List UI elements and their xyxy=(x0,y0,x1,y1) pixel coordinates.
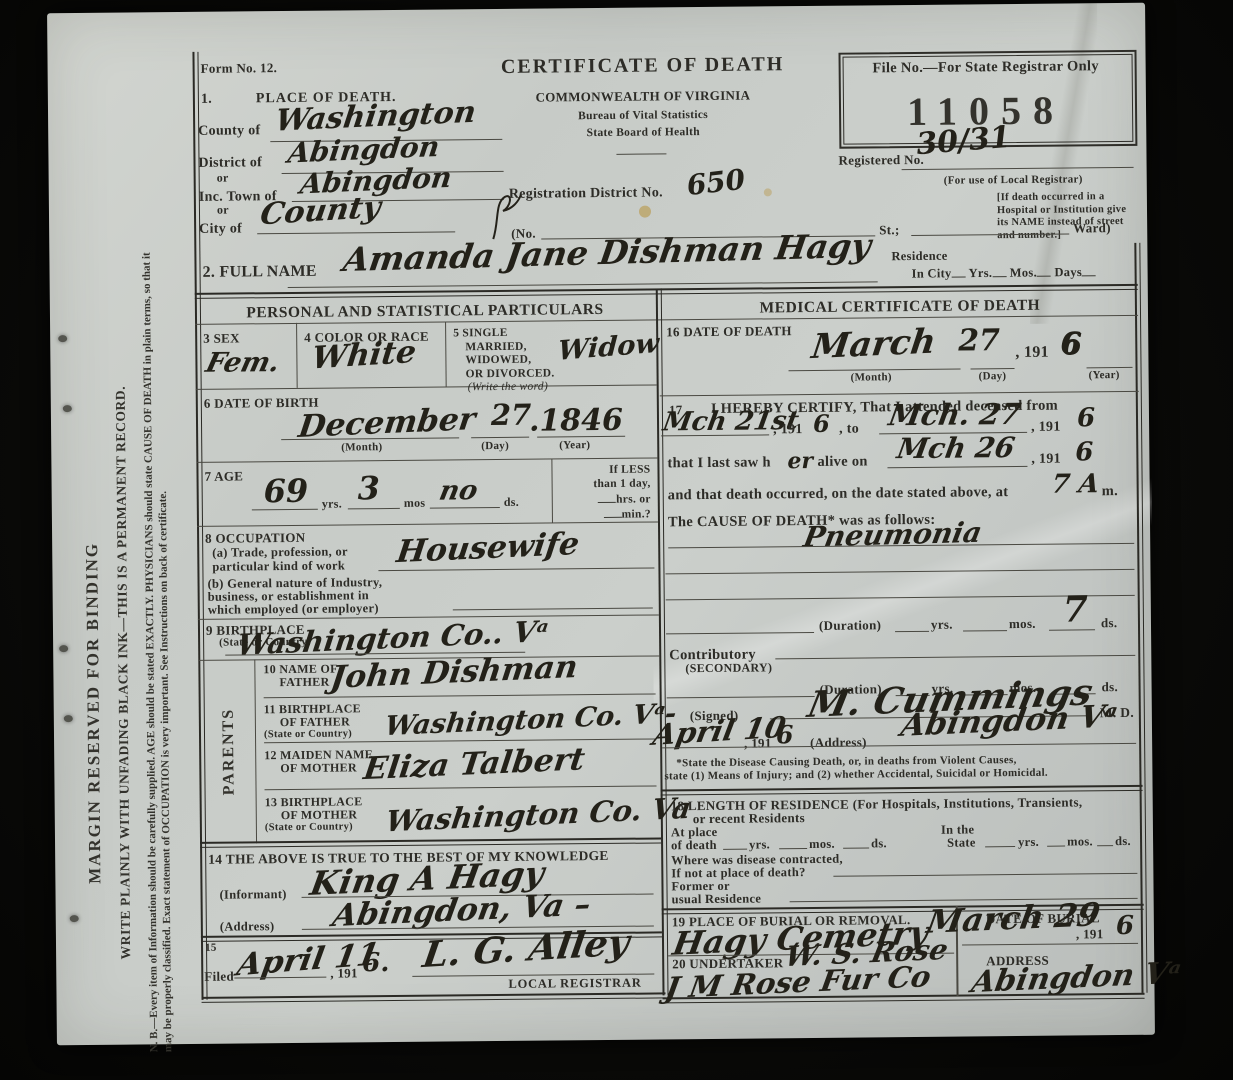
res-ds2-rule xyxy=(1097,845,1113,846)
occupation-a-label-2: particular kind of work xyxy=(212,558,345,574)
mother-name-rule xyxy=(265,785,657,790)
if-less-line-3: hrs. or xyxy=(616,493,651,505)
marital-label: 5 SINGLE MARRIED, WIDOWED, OR DIVORCED. … xyxy=(453,326,555,395)
duration1-ds: ds. xyxy=(1101,616,1118,631)
sex-row-bottom-rule xyxy=(196,384,657,389)
dob-year-value: .1846 xyxy=(529,406,623,437)
residence-yrs-label: Yrs. xyxy=(968,266,992,280)
sign-year-hw: 6 xyxy=(776,722,794,747)
marital-value: Widow xyxy=(557,330,660,365)
age-months-value: 3 xyxy=(357,472,380,504)
filed-date-value: April 11 xyxy=(235,939,382,981)
dod-year-hw: 6 xyxy=(1060,329,1081,359)
marital-line-1: 5 SINGLE xyxy=(453,327,508,340)
registered-no-rule xyxy=(902,167,1134,170)
parents-box-divider xyxy=(254,659,257,843)
certificate-paper: MARGIN RESERVED FOR BINDING WRITE PLAINL… xyxy=(47,3,1155,1045)
duration1-label: (Duration) xyxy=(819,618,881,634)
certify-hour-value: 7 A xyxy=(1050,471,1101,497)
city-value: County xyxy=(258,193,382,230)
where-contracted-rule xyxy=(833,873,1137,877)
left-col-bottom-rule xyxy=(202,992,666,1002)
burial-year-printed: , 191 xyxy=(1076,927,1104,942)
res-yrs2-label: yrs. xyxy=(1018,835,1039,850)
filed-year-printed: , 191 xyxy=(330,966,358,981)
dod-month-caption: (Month) xyxy=(851,371,892,384)
duration1-yrs: yrs. xyxy=(931,618,953,633)
certify-to-value: Mch. 27 xyxy=(887,400,1023,430)
binding-hole xyxy=(64,715,73,722)
reg-district-label: Registration District No. xyxy=(509,185,663,203)
header-short-rule xyxy=(616,153,666,154)
age-label: 7 AGE xyxy=(204,469,243,484)
local-registrar-note: (For use of Local Registrar) xyxy=(944,173,1083,187)
dob-year-caption: (Year) xyxy=(559,439,590,452)
if-less-line-4: min.? xyxy=(622,508,651,520)
city-label: City of xyxy=(199,221,242,238)
dob-month-caption: (Month) xyxy=(341,441,382,454)
dod-day-value: 27 xyxy=(958,326,1000,356)
parents-bottom-heavy-rule xyxy=(200,837,661,847)
age-mos-caption: mos xyxy=(404,497,426,511)
commonwealth-subtitle: COMMONWEALTH OF VIRGINIA xyxy=(503,88,783,106)
place-item-no: 1. xyxy=(201,92,212,108)
left-column-heading: PERSONAL AND STATISTICAL PARTICULARS xyxy=(215,301,635,323)
dod-day-caption: (Day) xyxy=(979,370,1007,383)
scanned-death-certificate-photo: MARGIN RESERVED FOR BINDING WRITE PLAINL… xyxy=(0,0,1233,1080)
dod-month-value: March xyxy=(810,325,938,365)
sex-label: 3 SEX xyxy=(203,331,240,346)
binding-hole xyxy=(59,645,68,652)
occupation-b-rule xyxy=(453,608,653,611)
dod-year-printed: , 191 xyxy=(1015,344,1049,363)
street-label: St.; xyxy=(879,223,899,238)
age-months-rule xyxy=(348,508,400,509)
duration1-mos: mos. xyxy=(1009,617,1036,632)
ward-label: Ward) xyxy=(1073,221,1111,236)
binding-hole xyxy=(58,335,67,342)
dob-row-bottom-rule xyxy=(196,457,657,462)
burial-year-hw: 6 xyxy=(1116,913,1134,939)
residence-days-label: Days xyxy=(1054,265,1082,279)
sex-race-divider xyxy=(296,323,298,388)
bureau-subtitle: Bureau of Vital Statistics xyxy=(523,108,763,124)
age-years-value: 69 xyxy=(264,475,309,507)
dob-day-value: 27 xyxy=(491,401,532,430)
local-registrar-label: LOCAL REGISTRAR xyxy=(508,976,641,992)
county-value: Washington xyxy=(274,98,478,137)
item15-number: 15 xyxy=(205,942,217,955)
dod-day-rule xyxy=(971,368,1015,369)
file-box-label: File No.—For State Registrar Only xyxy=(844,58,1128,77)
marital-line-3: WIDOWED, xyxy=(453,354,531,367)
certify-year2-printed: , 191 xyxy=(1031,420,1061,436)
in-city-label: In City xyxy=(912,266,952,280)
if-less-line-1: If LESS xyxy=(609,464,651,476)
age-days-rule xyxy=(430,507,500,509)
certify-saw-hw: er xyxy=(787,450,813,472)
certify-year3-printed: , 191 xyxy=(1031,452,1061,468)
or-label-2: or xyxy=(217,204,229,218)
duration1-ds-value: 7 xyxy=(1063,591,1088,627)
certificate-title: CERTIFICATE OF DEATH xyxy=(478,53,808,79)
age-row-bottom-rule xyxy=(197,521,658,526)
duration2-ds: ds. xyxy=(1102,680,1119,695)
sign-year-printed: , 191 xyxy=(744,736,772,751)
parents-label: PARENTS xyxy=(220,708,239,796)
certify-year1-printed: , 191 xyxy=(773,422,803,438)
marital-line-5: (Write the word) xyxy=(454,381,549,394)
father-name-value: John Dishman xyxy=(329,652,580,694)
certify-occurred-text: and that death occurred, on the date sta… xyxy=(668,484,1009,504)
informant-label: (Informant) xyxy=(219,887,286,902)
res-yrs-label: yrs. xyxy=(749,837,770,852)
father-bp-value: Washington Co. Vᵃ- xyxy=(383,700,678,740)
dob-day-rule xyxy=(471,437,529,439)
certify-saw-mid: alive on xyxy=(817,453,868,470)
certify-saw-pre: that I last saw h xyxy=(667,454,771,472)
paper-stain xyxy=(639,206,651,218)
margin-binding-text: MARGIN RESERVED FOR BINDING xyxy=(82,542,105,884)
binding-hole xyxy=(63,405,72,412)
sex-value: Fem. xyxy=(203,349,282,377)
undertaker-address-value: Abingdon Vᵃ xyxy=(969,959,1183,998)
full-name-value: Amanda Jane Dishman Hagy xyxy=(341,229,873,276)
city-rule xyxy=(257,231,455,234)
mother-name-value: Eliza Talbert xyxy=(362,744,587,785)
board-subtitle: State Board of Health xyxy=(523,125,763,141)
margin-write-plainly-text: WRITE PLAINLY WITH UNFADING BLACK INK—TH… xyxy=(113,386,135,960)
paper-stain xyxy=(764,188,772,196)
certify-year1-hw: 6 xyxy=(813,412,830,436)
res-ds2-label: ds. xyxy=(1115,834,1131,849)
res-mos-label: mos. xyxy=(809,837,835,852)
district-label: District of xyxy=(198,155,262,172)
binding-hole xyxy=(70,915,79,922)
margin-nb-note: N. B.—Every item of Information should b… xyxy=(141,252,176,1052)
dob-day-caption: (Day) xyxy=(481,440,509,453)
county-label: County of xyxy=(198,123,260,140)
res-mos2-rule xyxy=(1047,846,1065,847)
age-ds-caption: ds. xyxy=(504,496,519,510)
sign-address-label: (Address) xyxy=(810,735,867,750)
secondary-label: (SECONDARY) xyxy=(685,661,772,676)
certify-year2-hw: 6 xyxy=(1077,405,1095,431)
registrar-signature: L. G. Alley xyxy=(420,924,631,973)
father-bp-caption: (State or Country) xyxy=(264,728,352,741)
if-less-line-2: than 1 day, xyxy=(593,478,650,491)
informant-address-label: (Address) xyxy=(220,919,275,934)
marital-line-4: OR DIVORCED. xyxy=(453,367,554,380)
residence-fields: In City Yrs. Mos. Days xyxy=(912,264,1097,281)
registered-no-label: Registered No. xyxy=(838,153,924,169)
residence-mos-label: Mos. xyxy=(1010,265,1037,279)
occupation-a-value: Housewife xyxy=(395,529,581,568)
res-mos2-label: mos. xyxy=(1067,834,1093,849)
certify-year3-hw: 6 xyxy=(1075,439,1093,465)
mother-bp-value: Washington Co. Va xyxy=(384,794,693,837)
burial-date-rule xyxy=(962,943,1138,946)
age-days-value: no xyxy=(437,477,480,504)
res-yrs2-rule xyxy=(985,846,1015,847)
dod-year-caption: (Year) xyxy=(1089,369,1120,382)
if-less-note: If LESS than 1 day, hrs. or min.? xyxy=(566,463,651,523)
in-the-label-2: State xyxy=(947,835,976,850)
res-mos-rule xyxy=(779,848,807,849)
certify-to-label: , to xyxy=(839,422,859,438)
or-label-1: or xyxy=(217,172,229,186)
race-value: White xyxy=(310,337,417,374)
age-years-rule xyxy=(252,509,318,511)
res-ds-label: ds. xyxy=(871,836,887,851)
father-name-rule xyxy=(264,693,656,698)
full-name-label: 2. FULL NAME xyxy=(202,263,316,282)
age-box-divider xyxy=(551,458,553,522)
certify-occurred-end: m. xyxy=(1102,483,1118,500)
certify-saw-date: Mch 26 xyxy=(895,434,1017,463)
residence-label: Residence xyxy=(891,249,947,264)
mother-bp-caption: (State or Country) xyxy=(265,821,353,834)
occupation-b-label-3: which employed (or employer) xyxy=(208,601,379,617)
mother-name-label-2: OF MOTHER xyxy=(280,761,357,776)
res-yrs-rule xyxy=(723,849,747,850)
dod-label: 16 DATE OF DEATH xyxy=(666,324,792,340)
father-name-label-2: FATHER xyxy=(279,676,329,690)
form-number: Form No. 12. xyxy=(201,61,278,77)
at-place-label-2: of death xyxy=(671,838,717,853)
race-marital-divider xyxy=(445,321,447,386)
filed-label: Filed xyxy=(204,970,234,985)
former-residence-label-2: usual Residence xyxy=(672,891,762,906)
res-ds-rule xyxy=(843,847,869,848)
filed-year-hw: 6. xyxy=(362,950,389,976)
registered-no-value: 30/31 xyxy=(915,123,1012,160)
marital-line-2: MARRIED, xyxy=(453,340,527,353)
age-yrs-caption: yrs. xyxy=(322,497,342,511)
reg-district-value: 650 xyxy=(685,166,746,200)
